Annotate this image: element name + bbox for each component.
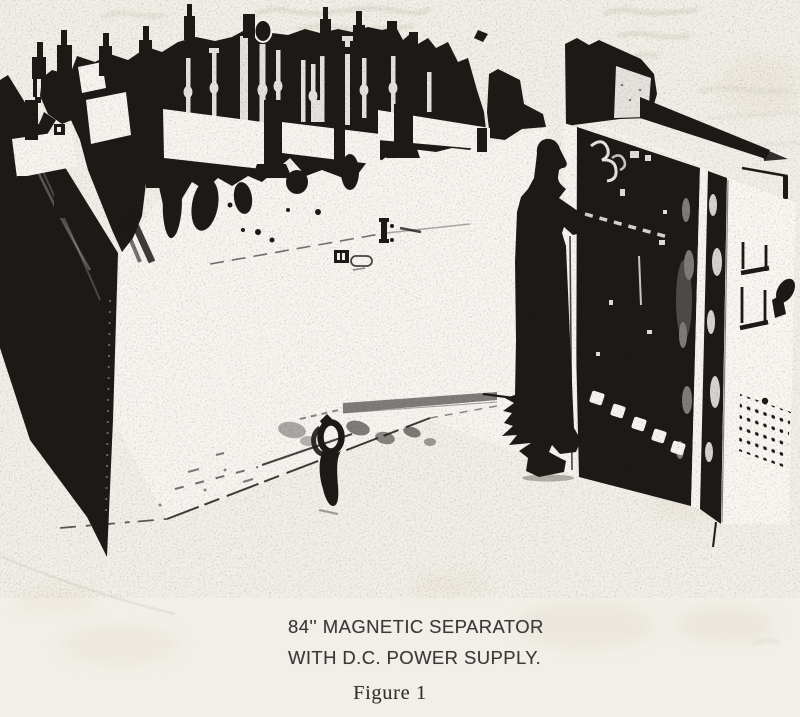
separator-photo <box>0 0 800 717</box>
figure-label: Figure 1 <box>300 682 480 705</box>
photo-caption: 84'' MAGNETIC SEPARATOR WITH D.C. POWER … <box>288 611 544 673</box>
scanned-report-page: { "figure": { "caption_line1": "84'' MAG… <box>0 0 800 717</box>
caption-line-1: 84'' MAGNETIC SEPARATOR <box>288 611 544 642</box>
photo-grain <box>0 0 800 598</box>
caption-line-2: WITH D.C. POWER SUPPLY. <box>288 642 544 673</box>
